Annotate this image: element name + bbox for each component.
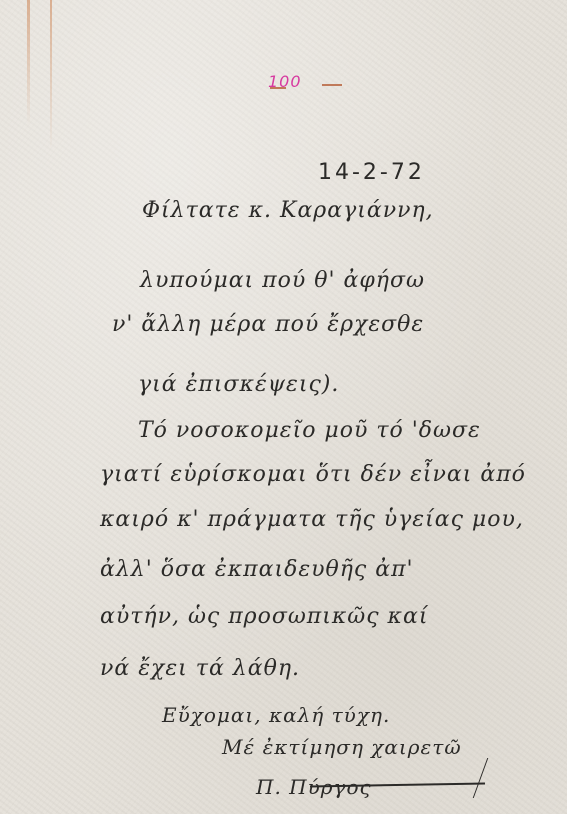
archive-number: 100 (268, 72, 302, 91)
rust-stain (50, 0, 52, 150)
letter-line: νά ἔχει τά λάθη. (100, 656, 300, 681)
rust-stain (27, 0, 30, 125)
closing-greeting: Μέ ἐκτίμηση χαιρετῶ (222, 735, 462, 759)
letter-line: ἀλλ' ὅσα ἐκπαιδευθῆς ἀπ' (100, 557, 414, 582)
letter-line: γιά ἐπισκέψεις). (138, 372, 339, 397)
letter-line: λυπούμαι πού θ' ἀφήσω (140, 268, 425, 293)
signature: Π. Πύργος (256, 775, 372, 799)
signature-flourish (473, 758, 519, 798)
letter-line: αὐτήν, ὡς προσωπικῶς καί (100, 604, 428, 629)
letter-line: ν' ἄλλη μέρα πού ἔρχεσθε (112, 312, 424, 337)
archive-dash (322, 84, 342, 86)
letter-date: 14-2-72 (318, 160, 425, 185)
letter-page: 100 14-2-72 Φίλτατε κ. Καραγιάννη, λυπού… (0, 0, 567, 814)
salutation: Φίλτατε κ. Καραγιάννη, (142, 198, 434, 223)
letter-line: γιατί εὑρίσκομαι ὅτι δέν εἶναι ἀπό (100, 462, 526, 487)
letter-line: Τό νοσοκομεῖο μοῦ τό 'δωσε (138, 418, 481, 443)
letter-line: καιρό κ' πράγματα τῆς ὑγείας μου, (100, 507, 524, 532)
closing-wish: Εὔχομαι, καλή τύχη. (162, 703, 390, 727)
